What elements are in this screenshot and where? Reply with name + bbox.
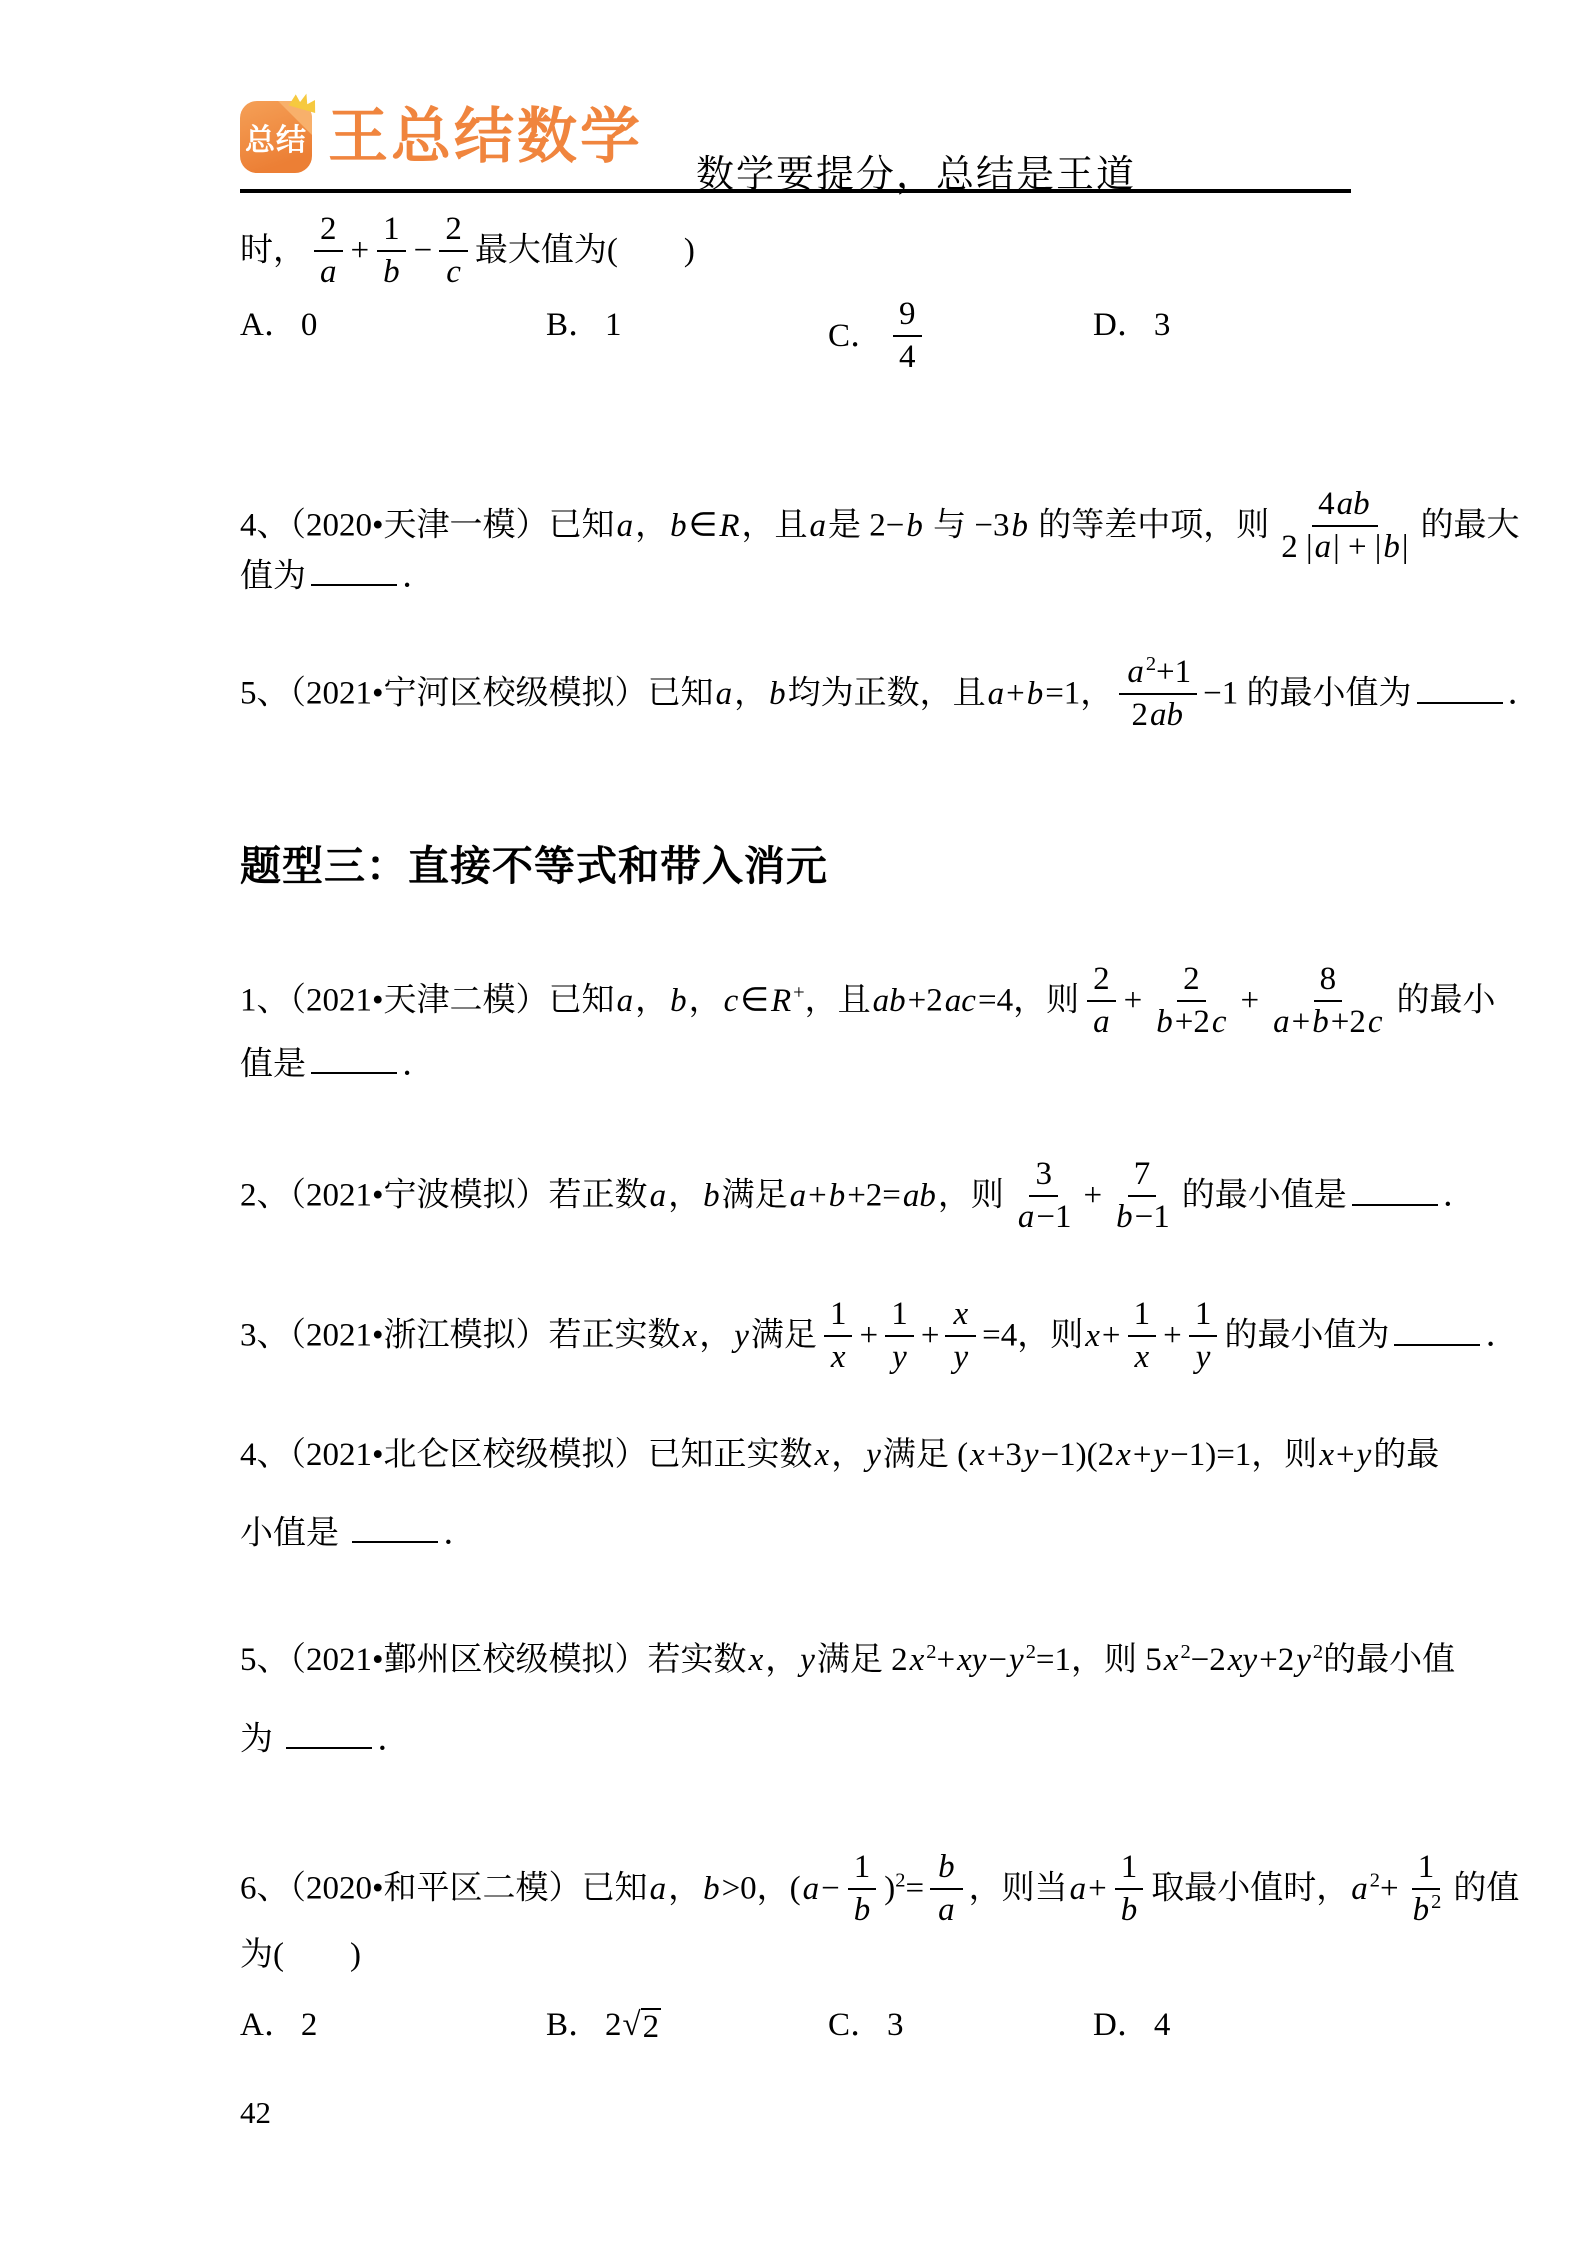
math-variable: c bbox=[444, 254, 463, 290]
fraction-numerator: 8 bbox=[1314, 961, 1343, 1002]
fraction-numerator: x bbox=[945, 1296, 976, 1337]
option-b: B．2√2 bbox=[546, 1998, 661, 2045]
fraction: 1b bbox=[1113, 1849, 1146, 1929]
fraction-numerator: a2+1 bbox=[1119, 654, 1197, 695]
math-variable: b bbox=[1114, 1199, 1135, 1235]
fraction: 7b−1 bbox=[1108, 1156, 1176, 1236]
s3-problem-6-line-1: 6、（2020•和平区二模）已知a，b>0，(a−1b)2=ba，则当a+1b取… bbox=[240, 1851, 1519, 1931]
answer-blank bbox=[286, 1716, 372, 1749]
text-run: 满足 bbox=[751, 1318, 817, 1354]
option-c: C．94 bbox=[828, 298, 928, 378]
options-row-1: A．0 B．1 C．94 D．3 bbox=[240, 298, 1410, 378]
fraction-numerator: b bbox=[930, 1849, 963, 1890]
superscript: 2 bbox=[1431, 1891, 1441, 1913]
option-d-label: D． bbox=[1093, 307, 1150, 343]
text-run: 1 bbox=[854, 1849, 871, 1885]
option-c: C．3 bbox=[828, 1998, 904, 2045]
fraction: 1b2 bbox=[1405, 1849, 1448, 1929]
text-run: +2 bbox=[1175, 1004, 1210, 1040]
fraction-denominator: 2ab bbox=[1125, 695, 1191, 734]
option-c-label: C． bbox=[828, 318, 883, 354]
text-run: −1 的最小值为 bbox=[1203, 676, 1411, 712]
math-variable: a bbox=[1349, 1871, 1370, 1907]
problem-4-line-2: 值为． bbox=[240, 553, 435, 599]
text-run: ． bbox=[402, 1046, 435, 1082]
text-run: 满足 2 bbox=[817, 1642, 908, 1678]
text-run: 8 bbox=[1320, 961, 1337, 997]
option-d: D．3 bbox=[1093, 298, 1170, 345]
s3-problem-2-line: 2、（2021•宁波模拟）若正数a，b满足a+b+2=ab，则3a−1+7b−1… bbox=[240, 1158, 1476, 1238]
text-run: +1 bbox=[1156, 654, 1191, 690]
text-run: ∈ bbox=[740, 983, 769, 1019]
math-variable: b bbox=[668, 983, 689, 1019]
option-c-value: 94 bbox=[887, 318, 928, 354]
text-run: + bbox=[808, 1178, 827, 1214]
math-variable: x bbox=[1083, 1318, 1102, 1354]
text-run: ，则当 bbox=[969, 1871, 1068, 1907]
math-variable: y bbox=[1007, 1642, 1026, 1678]
text-run: 5、（2021•鄞州区校级模拟）若实数 bbox=[240, 1642, 747, 1678]
text-run: −1 bbox=[1135, 1199, 1170, 1235]
text-run: 1 bbox=[1195, 1296, 1212, 1332]
math-variable: x bbox=[813, 1437, 832, 1473]
fraction: 2a bbox=[312, 211, 345, 291]
text-run: 1 bbox=[830, 1296, 847, 1332]
option-b-label: B． bbox=[546, 307, 601, 343]
math-variable: b bbox=[1381, 529, 1402, 565]
math-variable: b bbox=[1009, 508, 1030, 544]
text-run: +2= bbox=[847, 1178, 901, 1214]
fraction-numerator: 2 bbox=[439, 211, 468, 252]
math-variable: a bbox=[807, 508, 828, 544]
fraction-denominator: b bbox=[1113, 1890, 1146, 1929]
fraction-numerator: 2 bbox=[314, 211, 343, 252]
superscript: 2 bbox=[1180, 1641, 1190, 1663]
math-variable: b bbox=[936, 1849, 957, 1885]
fraction: xy bbox=[945, 1296, 976, 1376]
s3-problem-1-line-1: 1、（2021•天津二模）已知a，b，c∈R+，且ab+2ac=4，则2a+2b… bbox=[240, 963, 1496, 1043]
fraction-denominator: b−1 bbox=[1108, 1197, 1176, 1236]
fraction-numerator: 1 bbox=[1128, 1296, 1157, 1337]
math-variable: x bbox=[681, 1318, 700, 1354]
text-run: ， bbox=[668, 1871, 701, 1907]
fraction: 1x bbox=[823, 1296, 854, 1376]
math-variable: ac bbox=[943, 983, 978, 1019]
text-run: 0 bbox=[301, 307, 318, 343]
fraction-denominator: x bbox=[1127, 1337, 1158, 1376]
superscript: 2 bbox=[895, 1870, 905, 1892]
fraction-numerator: 1 bbox=[377, 211, 406, 252]
text-run: + bbox=[937, 1642, 956, 1678]
math-variable: b bbox=[1310, 1004, 1331, 1040]
text-run: 6、（2020•和平区二模）已知 bbox=[240, 1871, 648, 1907]
text-run: 取最小值时， bbox=[1151, 1871, 1349, 1907]
text-run: 3 bbox=[1154, 307, 1171, 343]
page-number: 42 bbox=[240, 2095, 271, 2131]
fraction-numerator: 9 bbox=[893, 296, 922, 337]
text-run: 的最小值 bbox=[1323, 1642, 1455, 1678]
text-run: ， bbox=[668, 1178, 701, 1214]
text-run: 4、（2021•北仑区校级模拟）已知正实数 bbox=[240, 1437, 813, 1473]
math-variable: y bbox=[1355, 1437, 1374, 1473]
math-variable: ab bbox=[1335, 486, 1372, 522]
math-variable: x bbox=[829, 1339, 848, 1375]
text-run: 4 bbox=[1318, 486, 1335, 522]
math-variable: xy bbox=[1226, 1642, 1259, 1678]
text-run: 5、（2021•宁河区校级模拟）已知 bbox=[240, 676, 714, 712]
math-variable: xy bbox=[955, 1642, 988, 1678]
math-variable: a bbox=[648, 1178, 669, 1214]
text-run: >0，( bbox=[722, 1871, 801, 1907]
fraction-numerator: 1 bbox=[848, 1849, 877, 1890]
text-run: ) bbox=[884, 1871, 895, 1907]
square-root: √2 bbox=[623, 2008, 662, 2045]
math-variable: ab bbox=[901, 1178, 938, 1214]
math-variable: b bbox=[827, 1178, 848, 1214]
text-run: 2 bbox=[320, 211, 337, 247]
text-run: | + | bbox=[1333, 529, 1381, 565]
text-run: ， bbox=[635, 508, 668, 544]
text-run: + bbox=[1088, 1871, 1107, 1907]
math-variable: b bbox=[1025, 676, 1046, 712]
text-run: +2 bbox=[1259, 1642, 1294, 1678]
text-run: 4 bbox=[899, 339, 916, 375]
text-run: −1)(2 bbox=[1041, 1437, 1115, 1473]
fraction-denominator: b bbox=[375, 252, 408, 291]
fraction-numerator: 1 bbox=[1115, 1849, 1144, 1890]
text-run: 为( ) bbox=[240, 1937, 361, 1973]
answer-blank bbox=[311, 1041, 397, 1074]
text-run: = bbox=[906, 1871, 925, 1907]
math-variable: y bbox=[1151, 1437, 1170, 1473]
text-run: 的最小值是 bbox=[1182, 1178, 1347, 1214]
fraction: 1x bbox=[1127, 1296, 1158, 1376]
fraction-denominator: a−1 bbox=[1010, 1197, 1078, 1236]
text-run: + bbox=[1006, 676, 1025, 712]
s3-problem-5-line-1: 5、（2021•鄞州区校级模拟）若实数x，y满足 2x2+xy−y2=1，则 5… bbox=[240, 1638, 1455, 1683]
fraction-denominator: b bbox=[846, 1890, 879, 1929]
math-variable: x bbox=[951, 1296, 970, 1332]
math-variable: c bbox=[1366, 1004, 1385, 1040]
text-run: ， bbox=[765, 1642, 798, 1678]
text-run: 1 bbox=[1121, 1849, 1138, 1885]
text-run: + bbox=[1336, 1437, 1355, 1473]
s3-problem-4-line-1: 4、（2021•北仑区校级模拟）已知正实数x，y满足 (x+3y−1)(2x+y… bbox=[240, 1433, 1439, 1478]
answer-blank bbox=[1417, 670, 1503, 703]
text-run: + bbox=[1240, 983, 1259, 1019]
math-variable: ab bbox=[871, 983, 908, 1019]
option-a: A．2 bbox=[240, 1998, 317, 2045]
math-variable: a bbox=[615, 983, 636, 1019]
text-run: 的最 bbox=[1373, 1437, 1439, 1473]
math-variable: b bbox=[1119, 1892, 1140, 1928]
fraction: 2a bbox=[1085, 961, 1118, 1041]
text-run: 2 bbox=[605, 2007, 622, 2043]
fraction-numerator: 1 bbox=[1189, 1296, 1218, 1337]
fraction-denominator: 2 |a| + |b| bbox=[1275, 527, 1414, 566]
text-run: 的最小值为 bbox=[1224, 1318, 1389, 1354]
fraction-denominator: y bbox=[1188, 1337, 1219, 1376]
math-variable: y bbox=[1022, 1437, 1041, 1473]
text-run: ，且 bbox=[805, 983, 871, 1019]
text-run: + bbox=[860, 1318, 879, 1354]
math-variable: a bbox=[1016, 1199, 1037, 1235]
fraction-denominator: y bbox=[945, 1337, 976, 1376]
text-run: 的值 bbox=[1453, 1871, 1519, 1907]
math-variable: x bbox=[747, 1642, 766, 1678]
math-variable: y bbox=[890, 1339, 909, 1375]
text-run: =4，则 bbox=[982, 1318, 1083, 1354]
fraction-denominator: y bbox=[884, 1337, 915, 1376]
text-run: + bbox=[1124, 983, 1143, 1019]
text-run: +2 bbox=[908, 983, 943, 1019]
text-run: 2、（2021•宁波模拟）若正数 bbox=[240, 1178, 648, 1214]
math-variable: a bbox=[986, 676, 1007, 712]
option-a-label: A． bbox=[240, 307, 297, 343]
fraction-numerator: 7 bbox=[1128, 1156, 1157, 1197]
brand-logo: 总结 王总结数学 bbox=[240, 100, 643, 174]
text-run: 的最大 bbox=[1421, 508, 1520, 544]
math-variable: R bbox=[717, 508, 741, 544]
text-run: 1 bbox=[891, 1296, 908, 1332]
options-row-2: A．2 B．2√2 C．3 D．4 bbox=[240, 1998, 1410, 2078]
math-variable: c bbox=[722, 983, 741, 1019]
math-variable: a bbox=[1271, 1004, 1292, 1040]
question-continuation-line: 时，2a+1b−2c最大值为( ) bbox=[240, 213, 695, 293]
fraction-numerator: 1 bbox=[885, 1296, 914, 1337]
superscript: 2 bbox=[1146, 653, 1156, 675]
math-variable: a bbox=[1091, 1004, 1112, 1040]
text-run: ，且 bbox=[741, 508, 807, 544]
text-run: + bbox=[351, 233, 370, 269]
answer-blank bbox=[1394, 1312, 1480, 1345]
text-run: + bbox=[1380, 1871, 1399, 1907]
fraction-denominator: a bbox=[930, 1890, 963, 1929]
text-run: ∈ bbox=[689, 508, 718, 544]
text-run: ． bbox=[443, 1515, 476, 1551]
text-run: ， bbox=[734, 676, 767, 712]
radicand: 2 bbox=[641, 2008, 662, 2045]
text-run: 满足 bbox=[722, 1178, 788, 1214]
s3-problem-1-line-2: 值是． bbox=[240, 1041, 435, 1087]
math-variable: R bbox=[769, 983, 793, 1019]
text-run: + bbox=[921, 1318, 940, 1354]
text-run: 7 bbox=[1134, 1156, 1151, 1192]
option-d-value: 4 bbox=[1154, 2007, 1171, 2043]
text-run: 是 2− bbox=[828, 508, 904, 544]
superscript: 2 bbox=[1313, 1641, 1323, 1663]
text-run: 4、（2020•天津一模）已知 bbox=[240, 508, 615, 544]
math-variable: a bbox=[615, 508, 636, 544]
math-variable: a bbox=[648, 1871, 669, 1907]
text-run: 满足 ( bbox=[883, 1437, 968, 1473]
text-run: 2 bbox=[1183, 961, 1200, 997]
option-b-value: 2√2 bbox=[605, 2007, 661, 2043]
superscript: + bbox=[793, 982, 805, 1004]
superscript: 2 bbox=[926, 1641, 936, 1663]
option-b: B．1 bbox=[546, 298, 622, 345]
text-run: | bbox=[1402, 529, 1409, 565]
option-d-value: 3 bbox=[1154, 307, 1171, 343]
fraction-denominator: 4 bbox=[893, 337, 922, 376]
fraction-numerator: 1 bbox=[824, 1296, 853, 1337]
superscript: 2 bbox=[1026, 1641, 1036, 1663]
text-run: 时， bbox=[240, 233, 306, 269]
option-d: D．4 bbox=[1093, 1998, 1170, 2045]
option-c-value: 3 bbox=[887, 2007, 904, 2043]
text-run: ， bbox=[831, 1437, 864, 1473]
fraction-denominator: a bbox=[312, 252, 345, 291]
math-variable: a bbox=[1068, 1871, 1089, 1907]
text-run: 与 −3 bbox=[925, 508, 1010, 544]
fraction: 2b+2c bbox=[1148, 961, 1234, 1041]
fraction-denominator: b2 bbox=[1405, 1890, 1448, 1929]
text-run: 的最小 bbox=[1397, 983, 1496, 1019]
header-rule bbox=[240, 189, 1351, 193]
text-run: 最大值为( ) bbox=[475, 233, 695, 269]
text-run: 1 bbox=[1134, 1296, 1151, 1332]
text-run: −1 bbox=[1036, 1199, 1071, 1235]
fraction: 1b bbox=[375, 211, 408, 291]
math-variable: x bbox=[1133, 1339, 1152, 1375]
text-run: −1)=1，则 bbox=[1170, 1437, 1317, 1473]
s3-problem-5-line-2: 为 ． bbox=[240, 1716, 410, 1762]
math-variable: x bbox=[1317, 1437, 1336, 1473]
section-title: 题型三：直接不等式和带入消元 bbox=[240, 833, 828, 892]
math-variable: x bbox=[908, 1642, 927, 1678]
text-run: 2 bbox=[445, 211, 462, 247]
answer-blank bbox=[1352, 1172, 1438, 1205]
text-run: 2 bbox=[1131, 697, 1148, 733]
fraction: 1y bbox=[1188, 1296, 1219, 1376]
s3-problem-3-line: 3、（2021•浙江模拟）若正实数x，y满足1x+1y+xy=4，则x+1x+1… bbox=[240, 1298, 1518, 1378]
option-a: A．0 bbox=[240, 298, 317, 345]
text-run: ． bbox=[1508, 676, 1541, 712]
text-run: 4 bbox=[1154, 2007, 1171, 2043]
text-run: + bbox=[1084, 1178, 1103, 1214]
math-variable: y bbox=[1294, 1642, 1313, 1678]
text-run: +2 bbox=[1331, 1004, 1366, 1040]
fraction: 4ab2 |a| + |b| bbox=[1275, 486, 1414, 566]
math-variable: a bbox=[714, 676, 735, 712]
s3-problem-4-line-2: 小值是 ． bbox=[240, 1510, 476, 1556]
text-run: + bbox=[1292, 1004, 1311, 1040]
math-variable: y bbox=[951, 1339, 970, 1375]
fraction: 94 bbox=[893, 296, 922, 376]
problem-5-line: 5、（2021•宁河区校级模拟）已知a，b均为正数，且a+b=1，a2+12ab… bbox=[240, 656, 1541, 736]
fraction-numerator: 4ab bbox=[1312, 486, 1378, 527]
brand-name: 王总结数学 bbox=[328, 107, 643, 167]
math-variable: b bbox=[381, 254, 402, 290]
text-run: =1， bbox=[1045, 676, 1113, 712]
text-run: ． bbox=[402, 558, 435, 594]
fraction: 1b bbox=[846, 1849, 879, 1929]
text-run: 9 bbox=[899, 296, 916, 332]
fraction: 1y bbox=[884, 1296, 915, 1376]
text-run: − bbox=[988, 1642, 1007, 1678]
text-run: + bbox=[1102, 1318, 1121, 1354]
math-variable: b bbox=[904, 508, 925, 544]
math-variable: b bbox=[1411, 1892, 1432, 1928]
math-variable: b bbox=[852, 1892, 873, 1928]
worksheet-page: 总结 王总结数学 数学要提分，总结是王道 时，2a+1b−2c最大值为( ) A… bbox=[0, 0, 1587, 2245]
text-run: − bbox=[821, 1871, 840, 1907]
math-variable: a bbox=[788, 1178, 809, 1214]
radical-sign: √ bbox=[623, 2008, 641, 2043]
fraction-numerator: 3 bbox=[1029, 1156, 1058, 1197]
text-run: −2 bbox=[1191, 1642, 1226, 1678]
text-run: 1 bbox=[605, 307, 622, 343]
math-variable: a bbox=[1125, 654, 1146, 690]
math-variable: a bbox=[801, 1871, 822, 1907]
text-run: − bbox=[414, 233, 433, 269]
math-variable: x bbox=[968, 1437, 987, 1473]
text-run: 3 bbox=[1035, 1156, 1052, 1192]
fraction-denominator: a+b+2c bbox=[1265, 1002, 1390, 1041]
fraction-numerator: 2 bbox=[1177, 961, 1206, 1002]
math-variable: x bbox=[1162, 1642, 1181, 1678]
math-variable: c bbox=[1210, 1004, 1229, 1040]
text-run: ． bbox=[377, 1721, 410, 1757]
math-variable: a bbox=[318, 254, 339, 290]
math-variable: y bbox=[732, 1318, 751, 1354]
fraction-denominator: c bbox=[438, 252, 469, 291]
math-variable: x bbox=[1114, 1437, 1133, 1473]
text-run: ． bbox=[1443, 1178, 1476, 1214]
text-run: 值为 bbox=[240, 558, 306, 594]
fraction: 8a+b+2c bbox=[1265, 961, 1390, 1041]
option-b-label: B． bbox=[546, 2007, 601, 2043]
option-a-value: 2 bbox=[301, 2007, 318, 2043]
fraction: a2+12ab bbox=[1119, 654, 1197, 734]
brand-logo-icon: 总结 bbox=[240, 101, 312, 173]
text-run: ， bbox=[689, 983, 722, 1019]
fraction: ba bbox=[930, 1849, 963, 1929]
option-a-value: 0 bbox=[301, 307, 318, 343]
text-run: ， bbox=[635, 983, 668, 1019]
math-variable: a bbox=[936, 1892, 957, 1928]
option-c-label: C． bbox=[828, 2007, 883, 2043]
math-variable: b bbox=[701, 1871, 722, 1907]
answer-blank bbox=[352, 1510, 438, 1543]
answer-blank bbox=[311, 553, 397, 586]
text-run: 1 bbox=[383, 211, 400, 247]
math-variable: b bbox=[701, 1178, 722, 1214]
text-run: 2 bbox=[1093, 961, 1110, 997]
fraction-denominator: x bbox=[823, 1337, 854, 1376]
text-run: 2 | bbox=[1281, 529, 1312, 565]
math-variable: y bbox=[864, 1437, 883, 1473]
math-variable: b bbox=[668, 508, 689, 544]
fraction: 3a−1 bbox=[1010, 1156, 1078, 1236]
fraction-denominator: b+2c bbox=[1148, 1002, 1234, 1041]
text-run: 的等差中项，则 bbox=[1030, 508, 1269, 544]
math-variable: b bbox=[767, 676, 788, 712]
text-run: 为 bbox=[240, 1721, 281, 1757]
fraction-numerator: 1 bbox=[1412, 1849, 1441, 1890]
superscript: 2 bbox=[1370, 1870, 1380, 1892]
text-run: 3、（2021•浙江模拟）若正实数 bbox=[240, 1318, 681, 1354]
text-run: 1 bbox=[1418, 1849, 1435, 1885]
math-variable: y bbox=[1194, 1339, 1213, 1375]
text-run: + bbox=[1133, 1437, 1152, 1473]
math-variable: b bbox=[1154, 1004, 1175, 1040]
text-run: +3 bbox=[987, 1437, 1022, 1473]
text-run: ． bbox=[1485, 1318, 1518, 1354]
option-a-label: A． bbox=[240, 2007, 297, 2043]
math-variable: ab bbox=[1148, 697, 1185, 733]
text-run: =4，则 bbox=[978, 983, 1079, 1019]
